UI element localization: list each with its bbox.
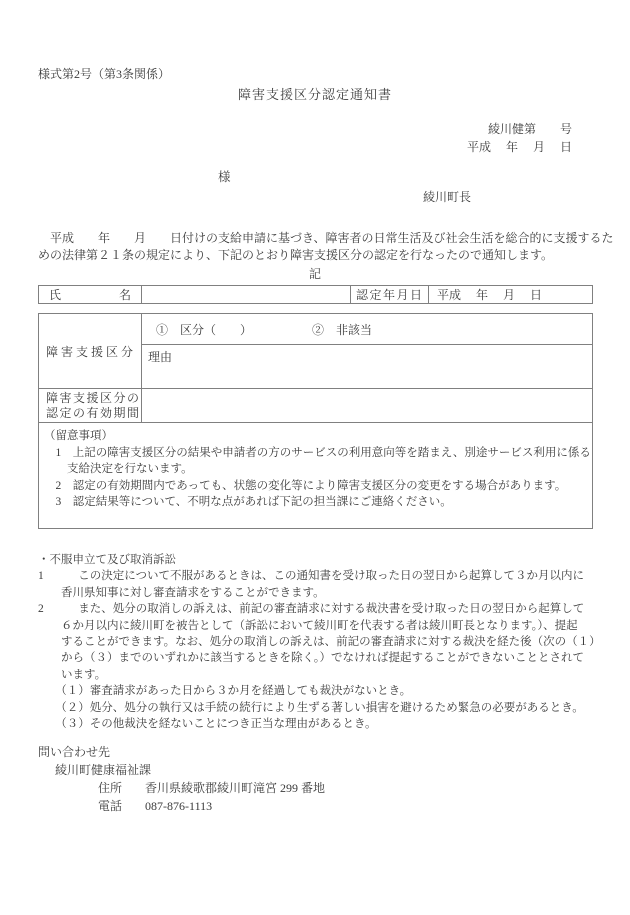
issue-date: 平成 年 月 日 bbox=[38, 138, 572, 156]
contact-heading: 問い合わせ先 bbox=[38, 744, 592, 761]
notes-line-2: 支給決定を行ないます。 bbox=[44, 461, 592, 478]
sender-name: 綾川町長 bbox=[38, 188, 592, 206]
address-value: 香川県綾歌郡綾川町滝宮 299 番地 bbox=[145, 781, 325, 795]
option-not-applicable: ② 非該当 bbox=[312, 323, 372, 337]
name-label-cell: 氏 名 bbox=[39, 286, 142, 304]
contact-address-row: 住所香川県綾歌郡綾川町滝宮 299 番地 bbox=[38, 779, 592, 797]
phone-value: 087-876-1113 bbox=[145, 799, 212, 813]
reference-block: 綾川健第 号 平成 年 月 日 bbox=[38, 120, 592, 156]
support-category-table: 障害支援区分 ① 区分（ ） ② 非該当 理由 障害支援区分の 認定の有効期間 … bbox=[38, 313, 593, 529]
appeal-line-1: 1 この決定について不服があるときは、この通知書を受け取った日の翌日から起算して… bbox=[38, 568, 592, 584]
name-value-cell bbox=[142, 286, 351, 304]
option-category: ① 区分（ ） bbox=[156, 323, 252, 337]
appeal-line-9: （２）処分、処分の執行又は手続の続行により生ずる著しい損害を避けるため緊急の必要… bbox=[38, 700, 592, 716]
appeal-line-7: います。 bbox=[38, 667, 592, 683]
address-label: 住所 bbox=[98, 781, 122, 795]
certification-date-label: 認定年月日 bbox=[351, 286, 429, 304]
notes-cell: （留意事項） 1 上記の障害支援区分の結果や申請者の方のサービスの利用意向等を踏… bbox=[39, 423, 593, 529]
table-row: 障害支援区分の 認定の有効期間 bbox=[39, 389, 593, 423]
validity-label-line-1: 障害支援区分の bbox=[46, 391, 141, 406]
appeal-line-6: から（３）までのいずれかに該当するときを除く。）でなければ提起することができない… bbox=[38, 650, 592, 666]
notes-line-3: 2 認定の有効期間内であっても、状態の変化等により障害支援区分の変更をする場合が… bbox=[44, 478, 592, 495]
appeal-line-5: することができます。なお、処分の取消しの訴えは、前記の審査請求に対する裁決を経た… bbox=[38, 634, 592, 650]
reference-number: 綾川健第 号 bbox=[38, 120, 572, 138]
document-title: 障害支援区分認定通知書 bbox=[38, 87, 592, 103]
category-options-cell: ① 区分（ ） ② 非該当 bbox=[142, 314, 593, 345]
certification-date-value: 平成 年 月 日 bbox=[429, 286, 593, 304]
intro-paragraph: 平成 年 月 日付けの支給申請に基づき、障害者の日常生活及び社会生活を総合的に支… bbox=[38, 230, 592, 264]
contact-phone-row: 電話087-876-1113 bbox=[38, 797, 592, 815]
notes-line-4: 3 認定結果等について、不明な点があれば下記の担当課にご連絡ください。 bbox=[44, 494, 592, 511]
validity-period-value bbox=[142, 389, 593, 423]
name-label-left: 氏 bbox=[49, 286, 61, 303]
table-row: （留意事項） 1 上記の障害支援区分の結果や申請者の方のサービスの利用意向等を踏… bbox=[39, 423, 593, 529]
intro-line-1: 平成 年 月 日付けの支給申請に基づき、障害者の日常生活及び社会生活を総合的に支… bbox=[38, 230, 592, 247]
table-row: 氏 名 認定年月日 平成 年 月 日 bbox=[39, 286, 593, 304]
addressee-honorific: 様 bbox=[38, 168, 592, 186]
name-label: 氏 名 bbox=[39, 286, 141, 303]
appeal-line-8: （１）審査請求があった日から３か月を経過しても裁決がないとき。 bbox=[38, 683, 592, 699]
validity-period-label: 障害支援区分の 認定の有効期間 bbox=[39, 389, 142, 423]
support-category-label: 障害支援区分 bbox=[39, 314, 142, 389]
notes-heading: （留意事項） bbox=[44, 428, 592, 445]
table-row: 障害支援区分 ① 区分（ ） ② 非該当 bbox=[39, 314, 593, 345]
contact-department: 綾川町健康福祉課 bbox=[38, 761, 592, 779]
phone-label: 電話 bbox=[98, 799, 122, 813]
notes-line-1: 1 上記の障害支援区分の結果や申請者の方のサービスの利用意向等を踏まえ、別途サー… bbox=[44, 445, 592, 462]
intro-line-2: めの法律第２１条の規定により、下記のとおり障害支援区分の認定を行なったので通知し… bbox=[38, 247, 592, 264]
appeal-line-10: （３）その他裁決を経ないことにつき正当な理由があるとき。 bbox=[38, 716, 592, 732]
appeal-heading: ・不服申立て及び取消訴訟 bbox=[38, 552, 592, 568]
name-label-right: 名 bbox=[119, 286, 131, 303]
validity-label-line-2: 認定の有効期間 bbox=[46, 406, 141, 421]
appeal-line-2: 香川県知事に対し審査請求をすることができます。 bbox=[38, 585, 592, 601]
appeal-line-4: ６か月以内に綾川町を被告として（訴訟において綾川町を代表する者は綾川町長となりま… bbox=[38, 618, 592, 634]
form-number: 様式第2号（第3条関係） bbox=[38, 66, 592, 82]
contact-section: 問い合わせ先 綾川町健康福祉課 住所香川県綾歌郡綾川町滝宮 299 番地 電話0… bbox=[38, 744, 592, 815]
appeal-line-3: 2 また、処分の取消しの訴えは、前記の審査請求に対する裁決書を受け取った日の翌日… bbox=[38, 601, 592, 617]
document-page: 様式第2号（第3条関係） 障害支援区分認定通知書 綾川健第 号 平成 年 月 日… bbox=[0, 0, 630, 915]
appeal-section: ・不服申立て及び取消訴訟 1 この決定について不服があるときは、この通知書を受け… bbox=[38, 552, 592, 732]
reason-cell: 理由 bbox=[142, 345, 593, 389]
record-marker: 記 bbox=[38, 266, 592, 282]
name-certification-table: 氏 名 認定年月日 平成 年 月 日 bbox=[38, 285, 593, 304]
